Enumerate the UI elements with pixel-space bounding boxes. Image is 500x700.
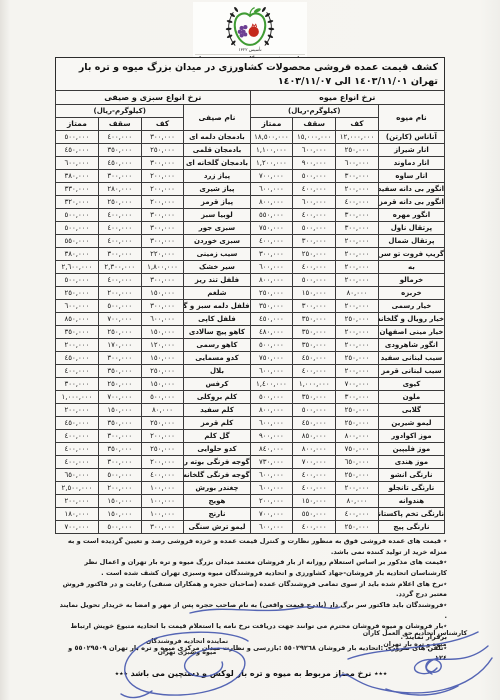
fruit-premium-cell: ٦٠٠,٠٠٠ <box>250 365 293 378</box>
fruit-premium-cell: ٧٣٠,٠٠٠ <box>250 456 293 469</box>
table-row: سیب لبنانی قرمز٢٠٠,٠٠٠٤٠٠,٠٠٠٦٠٠,٠٠٠بلال… <box>56 365 445 378</box>
table-row: موز اکوادور٨٠٠,٠٠٠٨٥٠,٠٠٠٩٠٠,٠٠٠گل کلم٢٠… <box>56 430 445 443</box>
veg-premium-cell: ٤٠٠,٠٠٠ <box>56 430 99 443</box>
veg-ceiling-cell: ٤٠٠,٠٠٠ <box>98 274 141 287</box>
table-row: آناناس (کارتن)١٢,٠٠٠,٠٠٠١٥,٠٠٠,٠٠٠١٨,٥٠٠… <box>56 131 445 144</box>
fruit-name-cell: موز اکوادور <box>378 430 444 443</box>
veg-floor-cell: ٥٠٠,٠٠٠ <box>141 391 184 404</box>
table-row: سیب لبنانی سفید٢٥٠,٠٠٠٤٥٠,٠٠٠٧٥٠,٠٠٠کدو … <box>56 352 445 365</box>
veg-ceiling-cell: ٤٥٠,٠٠٠ <box>98 157 141 170</box>
fruit-floor-cell: ٢٥٠,٠٠٠ <box>336 404 379 417</box>
right-signature-block: کارشناس اتحادیه حق العمل کاران میوه و تر… <box>340 628 490 651</box>
veg-floor-cell: ٣٠٠,٠٠٠ <box>141 300 184 313</box>
laurel-left-icon <box>226 6 239 45</box>
table-row: انگور شاهرودی٢٠٠,٠٠٠٣٥٠,٠٠٠٥٠٠,٠٠٠کاهو ر… <box>56 339 445 352</box>
fruit-premium-cell: ٦٠٠,٠٠٠ <box>250 469 293 482</box>
fruit-floor-cell: ٨٠,٠٠٠ <box>336 287 379 300</box>
veg-name-cell: هویج <box>184 495 250 508</box>
veg-name-cell: گوجه فرنگی بوته رس <box>184 456 250 469</box>
veg-premium-cell: ١٨٠,٠٠٠ <box>56 508 99 521</box>
veg-premium-cell: ١,٠٠٠,٠٠٠ <box>56 391 99 404</box>
fruit-ceiling-cell: ٣٥٠,٠٠٠ <box>293 326 336 339</box>
veg-name-cell: سبزی جور <box>184 222 250 235</box>
veg-ceiling-cell: ٤٠٠,٠٠٠ <box>98 209 141 222</box>
fruit-ceiling-cell: ٨٥٠,٠٠٠ <box>293 430 336 443</box>
veg-floor-cell: ٣٠٠,٠٠٠ <box>141 521 184 534</box>
veg-name-cell: سبزی خوردن <box>184 235 250 248</box>
fruit-name-cell: سیب لبنانی قرمز <box>378 365 444 378</box>
veg-ceiling-cell: ٢٥٠,٠٠٠ <box>98 326 141 339</box>
veg-floor-cell: ٨٠,٠٠٠ <box>141 404 184 417</box>
veg-ceiling-cell: ٤٠٠,٠٠٠ <box>98 235 141 248</box>
table-row: کیوی٧٠٠,٠٠٠١,٠٠٠,٠٠٠١,٤٠٠,٠٠٠کرفس١٥٠,٠٠٠… <box>56 378 445 391</box>
fruit-premium-cell: ٣٠٠,٠٠٠ <box>250 248 293 261</box>
fruit-premium-cell: ٦٠٠,٠٠٠ <box>250 183 293 196</box>
veg-floor-cell: ٢٥٠,٠٠٠ <box>141 365 184 378</box>
fruit-premium-cell: ٧٠٠,٠٠٠ <box>250 170 293 183</box>
fruit-name-cell: انگور شاهرودی <box>378 339 444 352</box>
fruit-name-cell: سیب لبنانی سفید <box>378 352 444 365</box>
fruit-ceiling-cell: ٧٠٠,٠٠٠ <box>293 456 336 469</box>
premium-note: ٭٭٭ نرخ ممتاز مربوط به میوه و تره بار لو… <box>55 669 447 678</box>
veg-premium-cell: ٣٨٠,٠٠٠ <box>56 248 99 261</box>
fruit-name-cell: نارنگی پیج <box>378 521 444 534</box>
table-row: نارنگی انشو٢٥٠,٠٠٠٤٠٠,٠٠٠٦٠٠,٠٠٠گوجه فرن… <box>56 469 445 482</box>
veg-premium-cell: ٢٠٠,٠٠٠ <box>56 339 99 352</box>
veg-floor-cell: ٢٥٠,٠٠٠ <box>141 417 184 430</box>
fruit-ceiling-cell: ٤٠٠,٠٠٠ <box>293 521 336 534</box>
veg-premium-cell: ٦٥٠,٠٠٠ <box>56 469 99 482</box>
fruit-ceiling-cell: ٣٠٠,٠٠٠ <box>293 235 336 248</box>
fruit-name-cell: انار دماوند <box>378 157 444 170</box>
fruit-floor-cell: ٢٠٠,٠٠٠ <box>336 274 379 287</box>
fruit-ceiling-cell: ٥٠٠,٠٠٠ <box>293 222 336 235</box>
fruit-premium-cell: ١,١٠٠,٠٠٠ <box>250 144 293 157</box>
fruit-name-cell: ملون <box>378 391 444 404</box>
fruit-ceiling-cell: ٤٠٠,٠٠٠ <box>293 183 336 196</box>
veg-floor-cell: ٣٠٠,٠٠٠ <box>141 157 184 170</box>
veg-floor-cell: ٢٢٠,٠٠٠ <box>141 248 184 261</box>
veg-ceiling-cell: ١٧٠,٠٠٠ <box>98 339 141 352</box>
fruit-floor-cell: ٢٠٠,٠٠٠ <box>336 183 379 196</box>
veg-premium-cell: ٤٠٠,٠٠٠ <box>56 443 99 456</box>
table-row: موز هندی٦٥٠,٠٠٠٧٠٠,٠٠٠٧٣٠,٠٠٠گوجه فرنگی … <box>56 456 445 469</box>
fruit-premium-cell: ٥٠٠,٠٠٠ <box>250 339 293 352</box>
table-row: نارنگی پیج٢٥٠,٠٠٠٤٠٠,٠٠٠٦٠٠,٠٠٠لیمو ترش … <box>56 521 445 534</box>
fruit-name-header: نام میوه <box>378 105 444 131</box>
veg-name-cell: لیمو ترش سنگی <box>184 521 250 534</box>
veg-ceiling-cell: ٣٠٠,٠٠٠ <box>98 430 141 443</box>
fruit-name-cell: گلابی <box>378 404 444 417</box>
veg-section-header: نرخ انواع سبزی و صیفی <box>56 91 251 105</box>
veg-ceiling-cell: ١٥٠,٠٠٠ <box>98 495 141 508</box>
wholesale-price-table: نرخ انواع میوه نرخ انواع سبزی و صیفی نام… <box>55 90 445 534</box>
fruit-floor-cell: ٢٥٠,٠٠٠ <box>336 352 379 365</box>
fruit-premium-cell: ٨٠٠,٠٠٠ <box>250 404 293 417</box>
veg-floor-cell: ٣٠٠,٠٠٠ <box>141 209 184 222</box>
fruit-floor-cell: ٢٠٠,٠٠٠ <box>336 261 379 274</box>
fruit-ceiling-cell: ٤٥٠,٠٠٠ <box>293 417 336 430</box>
table-row: خیار رسمی٢٠٠,٠٠٠٣٠٠,٠٠٠٣٥٠,٠٠٠فلفل دلمه … <box>56 300 445 313</box>
fruit-ceiling-cell: ١,٠٠٠,٠٠٠ <box>293 378 336 391</box>
fruit-floor-cell: ٣٠٠,٠٠٠ <box>336 170 379 183</box>
fruit-ceiling-cell: ٨٠٠,٠٠٠ <box>293 443 336 456</box>
fruit-floor-cell: ٢٠٠,٠٠٠ <box>336 235 379 248</box>
veg-premium-cell: ٤٠٠,٠٠٠ <box>56 456 99 469</box>
fruit-name-cell: خرمالو <box>378 274 444 287</box>
veg-ceiling-cell: ٢٥٠,٠٠٠ <box>98 196 141 209</box>
fruit-ceiling-cell: ٤٠٠,٠٠٠ <box>293 209 336 222</box>
fruit-floor-cell: ٤٠٠,٠٠٠ <box>336 196 379 209</box>
veg-floor-header: کف <box>141 118 184 131</box>
fruit-floor-cell: ٢٠٠,٠٠٠ <box>336 248 379 261</box>
veg-ceiling-cell: ٥٠٠,٠٠٠ <box>98 300 141 313</box>
fruit-premium-cell: ٧٥٠,٠٠٠ <box>250 352 293 365</box>
veg-premium-cell: ٣٢٠,٠٠٠ <box>56 196 99 209</box>
fruit-name-cell: خربزه <box>378 287 444 300</box>
veg-ceiling-cell: ٢,٣٠٠,٠٠٠ <box>98 261 141 274</box>
fruit-premium-cell: ٥٠٠,٠٠٠ <box>250 391 293 404</box>
fruit-premium-header: ممتاز <box>250 118 293 131</box>
veg-premium-cell: ٦٠٠,٠٠٠ <box>56 157 99 170</box>
veg-premium-cell: ٨٥٠,٠٠٠ <box>56 313 99 326</box>
fruit-ceiling-cell: ٤٥٠,٠٠٠ <box>293 352 336 365</box>
fruit-ceiling-cell: ١٥٠,٠٠٠ <box>293 495 336 508</box>
fruit-name-cell: گریپ فروت تو سرخ <box>378 248 444 261</box>
veg-premium-cell: ٢,٦٠٠,٠٠٠ <box>56 261 99 274</box>
veg-name-cell: لوبیا سبز <box>184 209 250 222</box>
veg-floor-cell: ٣٠٠,٠٠٠ <box>141 274 184 287</box>
fruit-premium-cell: ٦٠٠,٠٠٠ <box>250 521 293 534</box>
table-row: پرتقال شمال٢٠٠,٠٠٠٣٠٠,٠٠٠٤٠٠,٠٠٠سبزی خور… <box>56 235 445 248</box>
fruit-ceiling-cell: ٤٠٠,٠٠٠ <box>293 469 336 482</box>
veg-floor-cell: ١٥٠,٠٠٠ <box>141 352 184 365</box>
fruit-name-cell: نارنگی انشو <box>378 469 444 482</box>
fruit-name-cell: موز هندی <box>378 456 444 469</box>
fruit-name-cell: نارنگی تانجلو <box>378 482 444 495</box>
fruit-ceiling-cell: ٩٠٠,٠٠٠ <box>293 157 336 170</box>
veg-premium-cell: ٤٥٠,٠٠٠ <box>56 417 99 430</box>
veg-name-cell: کلم بروکلی <box>184 391 250 404</box>
veg-floor-cell: ٢٠٠,٠٠٠ <box>141 170 184 183</box>
fruit-name-cell: پرتقال ناول <box>378 222 444 235</box>
fruit-premium-cell: ٦٠٠,٠٠٠ <box>250 261 293 274</box>
veg-ceiling-cell: ٢٥٠,٠٠٠ <box>98 378 141 391</box>
fruit-floor-cell: ٢٠٠,٠٠٠ <box>336 339 379 352</box>
table-row: انار شیراز٢٥٠,٠٠٠٦٠٠,٠٠٠١,١٠٠,٠٠٠بادمجان… <box>56 144 445 157</box>
veg-premium-cell: ٣٨٠,٠٠٠ <box>56 170 99 183</box>
veg-name-cell: شلغم <box>184 287 250 300</box>
fruit-ceiling-header: سقف <box>293 118 336 131</box>
table-row: نارنگی تانجلو٢٠٠,٠٠٠٤٠٠,٠٠٠٦٠٠,٠٠٠چغندر … <box>56 482 445 495</box>
veg-ceiling-cell: ٥٠٠,٠٠٠ <box>98 521 141 534</box>
price-table-body: آناناس (کارتن)١٢,٠٠٠,٠٠٠١٥,٠٠٠,٠٠٠١٨,٥٠٠… <box>56 131 445 534</box>
fruit-floor-cell: ٦٥٠,٠٠٠ <box>336 456 379 469</box>
veg-ceiling-cell: ٣٠٠,٠٠٠ <box>98 456 141 469</box>
veg-name-cell: کدو مسمایی <box>184 352 250 365</box>
right-signature-subtitle: میوه و تره بار تهران <box>340 639 490 650</box>
fruit-premium-cell: ١,٢٠٠,٠٠٠ <box>250 157 293 170</box>
fruit-premium-cell: ٢٠٠,٠٠٠ <box>250 495 293 508</box>
table-row: هندوانه٨٠,٠٠٠١٥٠,٠٠٠٢٠٠,٠٠٠هویج١٠٠,٠٠٠١٥… <box>56 495 445 508</box>
veg-premium-cell: ٣٠٠,٠٠٠ <box>56 378 99 391</box>
table-row: انگور بی دانه سفید٢٠٠,٠٠٠٤٠٠,٠٠٠٦٠٠,٠٠٠پ… <box>56 183 445 196</box>
veg-floor-cell: ١٢٠,٠٠٠ <box>141 339 184 352</box>
veg-premium-cell: ٤٥٠,٠٠٠ <box>56 144 99 157</box>
fruit-premium-cell: ٨٠٠,٠٠٠ <box>250 196 293 209</box>
fruit-name-cell: خیار مینی اصفهان <box>378 326 444 339</box>
fruit-premium-cell: ٧٠٠,٠٠٠ <box>250 508 293 521</box>
veg-ceiling-cell: ٣٥٠,٠٠٠ <box>98 365 141 378</box>
fruit-ceiling-cell: ٣٥٠,٠٠٠ <box>293 339 336 352</box>
fruit-name-cell: کیوی <box>378 378 444 391</box>
veg-floor-cell: ٣٠٠,٠٠٠ <box>141 131 184 144</box>
veg-premium-cell: ٥٠٠,٠٠٠ <box>56 131 99 144</box>
fruit-floor-cell: ٣٠٠,٠٠٠ <box>336 222 379 235</box>
fruit-ceiling-cell: ٣٥٠,٠٠٠ <box>293 391 336 404</box>
veg-premium-cell: ٥٠٠,٠٠٠ <box>56 274 99 287</box>
fruit-premium-cell: ٥٥٠,٠٠٠ <box>250 209 293 222</box>
fruit-floor-cell: ٢٠٠,٠٠٠ <box>336 482 379 495</box>
fruit-ceiling-cell: ٦٠٠,٠٠٠ <box>293 196 336 209</box>
fruit-ceiling-cell: ٤٠٠,٠٠٠ <box>293 261 336 274</box>
fruit-premium-cell: ٣٥٠,٠٠٠ <box>250 300 293 313</box>
veg-floor-cell: ٣٠٠,٠٠٠ <box>141 235 184 248</box>
fruit-ceiling-cell: ٤٠٠,٠٠٠ <box>293 365 336 378</box>
veg-name-cell: کاهو پیچ سالادی <box>184 326 250 339</box>
fruit-ceiling-cell: ٥٠٠,٠٠٠ <box>293 170 336 183</box>
veg-floor-cell: ١٠٠,٠٠٠ <box>141 482 184 495</box>
fruit-name-cell: پرتقال شمال <box>378 235 444 248</box>
veg-premium-cell: ٢٠٠,٠٠٠ <box>56 495 99 508</box>
veg-ceiling-cell: ٢٠٠,٠٠٠ <box>98 287 141 300</box>
veg-floor-cell: ٢٠٠,٠٠٠ <box>141 196 184 209</box>
veg-ceiling-cell: ٣٠٠,٠٠٠ <box>98 170 141 183</box>
veg-ceiling-cell: ٢٠٠,٠٠٠ <box>98 482 141 495</box>
fruit-floor-header: کف <box>336 118 379 131</box>
table-row: پرتقال ناول٣٠٠,٠٠٠٥٠٠,٠٠٠٧٥٠,٠٠٠سبزی جور… <box>56 222 445 235</box>
fruit-unit-header: (کیلوگرم-ریال) <box>250 105 378 118</box>
veg-floor-cell: ٦٠٠,٠٠٠ <box>141 313 184 326</box>
fruit-premium-cell: ١٨,٥٠٠,٠٠٠ <box>250 131 293 144</box>
unit-header-row: نام میوه (کیلوگرم-ریال) نام صیفی (کیلوگر… <box>56 105 445 118</box>
veg-name-cell: نارنج <box>184 508 250 521</box>
veg-name-cell: بادمجان گلخانه ای <box>184 157 250 170</box>
veg-ceiling-cell: ٧٠٠,٠٠٠ <box>98 391 141 404</box>
left-signature-title: نماینده اتحادیه فروشندگان <box>112 636 262 647</box>
table-row: خیار مینی اصفهان٢٠٠,٠٠٠٣٥٠,٠٠٠٤٨٠,٠٠٠کاه… <box>56 326 445 339</box>
fruit-floor-cell: ٣٠٠,٠٠٠ <box>336 209 379 222</box>
fruit-ceiling-cell: ٣٠٠,٠٠٠ <box>293 300 336 313</box>
veg-floor-cell: ١٥٠,٠٠٠ <box>141 326 184 339</box>
fruit-floor-cell: ٢٥٠,٠٠٠ <box>336 469 379 482</box>
veg-ceiling-header: سقف <box>98 118 141 131</box>
veg-name-cell: فلفل دلمه سبز و گلخانه <box>184 300 250 313</box>
fruit-name-cell: خیار رسمی <box>378 300 444 313</box>
fruit-name-cell: نارنگی تخم پاکستانی <box>378 508 444 521</box>
veg-floor-cell: ٢٠٠,٠٠٠ <box>141 183 184 196</box>
fruit-floor-cell: ٧٠٠,٠٠٠ <box>336 378 379 391</box>
veg-ceiling-cell: ٢٨٠,٠٠٠ <box>98 183 141 196</box>
veg-ceiling-cell: ٤٠٠,٠٠٠ <box>98 222 141 235</box>
fruit-ceiling-cell: ٤٠٠,٠٠٠ <box>293 482 336 495</box>
table-row: خرمالو٢٠٠,٠٠٠٥٠٠,٠٠٠٨٠٠,٠٠٠فلفل تند ریز٣… <box>56 274 445 287</box>
veg-floor-cell: ٢٥٠,٠٠٠ <box>141 443 184 456</box>
veg-floor-cell: ١,٨٠٠,٠٠٠ <box>141 261 184 274</box>
fruit-premium-cell: ٩٠٠,٠٠٠ <box>250 430 293 443</box>
veg-ceiling-cell: ٣٥٠,٠٠٠ <box>98 417 141 430</box>
fruit-floor-cell: ٧٥٠,٠٠٠ <box>336 443 379 456</box>
veg-ceiling-cell: ٣٠٠,٠٠٠ <box>98 248 141 261</box>
fruit-premium-cell: ١,٤٠٠,٠٠٠ <box>250 378 293 391</box>
fruit-premium-cell: ٨٤٠,٠٠٠ <box>250 443 293 456</box>
fruit-floor-cell: ٤٠٠,٠٠٠ <box>336 508 379 521</box>
fruit-floor-cell: ٢٥٠,٠٠٠ <box>336 144 379 157</box>
veg-floor-cell: ٢٥٠,٠٠٠ <box>141 144 184 157</box>
fruit-premium-cell: ٤٥٠,٠٠٠ <box>250 313 293 326</box>
veg-name-cell: پیاز زرد <box>184 170 250 183</box>
table-row: ملون٣٠٠,٠٠٠٣٥٠,٠٠٠٥٠٠,٠٠٠کلم بروکلی٥٠٠,٠… <box>56 391 445 404</box>
fruit-premium-cell: ٤٠٠,٠٠٠ <box>250 235 293 248</box>
veg-name-cell: سیر خشک <box>184 261 250 274</box>
veg-premium-cell: ٢٥٠,٠٠٠ <box>56 287 99 300</box>
grapes-icon <box>238 25 248 38</box>
fruit-floor-cell: ٦٠٠,٠٠٠ <box>336 157 379 170</box>
footnote: ٭نرخ های اعلام شده باید از سوی تمامی فرو… <box>55 579 447 600</box>
veg-name-cell: بلال <box>184 365 250 378</box>
veg-name-cell: کرفس <box>184 378 250 391</box>
veg-premium-cell: ٥٠٠,٠٠٠ <box>56 222 99 235</box>
table-row: انار ساوه٣٠٠,٠٠٠٥٠٠,٠٠٠٧٠٠,٠٠٠پیاز زرد٢٠… <box>56 170 445 183</box>
fruit-name-cell: انگور بی دانه قرمز <box>378 196 444 209</box>
fruit-name-cell: خیار رویال و گلخانه ای <box>378 313 444 326</box>
fruit-section-header: نرخ انواع میوه <box>250 91 444 105</box>
fruit-floor-cell: ٢٥٠,٠٠٠ <box>336 417 379 430</box>
veg-ceiling-cell: ١٥٠,٠٠٠ <box>98 404 141 417</box>
veg-ceiling-cell: ٥٠٠,٠٠٠ <box>98 469 141 482</box>
veg-name-cell: سیب زمینی <box>184 248 250 261</box>
fruit-floor-cell: ٨٠٠,٠٠٠ <box>336 430 379 443</box>
veg-name-cell: کلم قرمز <box>184 417 250 430</box>
fruit-floor-cell: ٢٠٠,٠٠٠ <box>336 365 379 378</box>
veg-premium-cell: ٣٥٠,٠٠٠ <box>56 326 99 339</box>
fruit-name-cell: انگور مهره <box>378 209 444 222</box>
fruit-ceiling-cell: ٦٠٠,٠٠٠ <box>293 144 336 157</box>
veg-premium-cell: ٢٠٠,٠٠٠ <box>56 404 99 417</box>
veg-ceiling-cell: ٣٠٠,٠٠٠ <box>98 352 141 365</box>
table-row: گلابی٢٥٠,٠٠٠٥٠٠,٠٠٠٨٠٠,٠٠٠کلم سفید٨٠,٠٠٠… <box>56 404 445 417</box>
veg-ceiling-cell: ٧٠٠,٠٠٠ <box>98 313 141 326</box>
veg-floor-cell: ٢٠٠,٠٠٠ <box>141 430 184 443</box>
fruit-floor-cell: ٢٥٠,٠٠٠ <box>336 521 379 534</box>
footnote: ٭قیمت های مذکور بر اساس استعلام روزانه ا… <box>55 557 447 578</box>
document-title-box: کشف قیمت عمده فروشی محصولات کشاورزی در م… <box>55 57 445 94</box>
fruit-floor-cell: ٢٥٠,٠٠٠ <box>336 313 379 326</box>
logo-established-text: تأسیس ١٣٢٢ <box>238 46 262 53</box>
table-row: موز فلیپین٧٥٠,٠٠٠٨٠٠,٠٠٠٨٤٠,٠٠٠کدو حلوای… <box>56 443 445 456</box>
fruit-floor-cell: ٢٠٠,٠٠٠ <box>336 300 379 313</box>
veg-name-cell: گوجه فرنگی گلخانه <box>184 469 250 482</box>
veg-name-header: نام صیفی <box>184 105 250 131</box>
union-logo: تأسیس ١٣٢٢ اتحادیه صنف فروشندگان میوه و … <box>193 2 307 64</box>
veg-floor-cell: ١٠٠,٠٠٠ <box>141 495 184 508</box>
veg-name-cell: چغندر بورش <box>184 482 250 495</box>
veg-floor-cell: ٤٠٠,٠٠٠ <box>141 469 184 482</box>
table-row: به٢٠٠,٠٠٠٤٠٠,٠٠٠٦٠٠,٠٠٠سیر خشک١,٨٠٠,٠٠٠٢… <box>56 261 445 274</box>
fruit-floor-cell: ٣٠٠,٠٠٠ <box>336 391 379 404</box>
fruit-ceiling-cell: ٥٥٠,٠٠٠ <box>293 508 336 521</box>
veg-premium-cell: ٣٣٠,٠٠٠ <box>56 183 99 196</box>
document-title: کشف قیمت عمده فروشی محصولات کشاورزی در م… <box>62 61 438 89</box>
fruit-floor-cell: ١٢,٠٠٠,٠٠٠ <box>336 131 379 144</box>
fruit-ceiling-cell: ٥٠٠,٠٠٠ <box>293 404 336 417</box>
fruit-floor-cell: ٢٠٠,٠٠٠ <box>336 326 379 339</box>
table-row: خربزه٨٠,٠٠٠١٥٠,٠٠٠٢٥٠,٠٠٠شلغم١٥٠,٠٠٠٢٠٠,… <box>56 287 445 300</box>
fruit-name-cell: موز فلیپین <box>378 443 444 456</box>
veg-name-cell: بادمجان قلمی <box>184 144 250 157</box>
veg-name-cell: کدو حلوایی <box>184 443 250 456</box>
veg-name-cell: پیاز قرمز <box>184 196 250 209</box>
fruit-name-cell: انگور بی دانه سفید <box>378 183 444 196</box>
pomegranate-icon <box>249 24 259 37</box>
veg-floor-cell: ٢٠٠,٠٠٠ <box>141 456 184 469</box>
veg-premium-cell: ٥٥٠,٠٠٠ <box>56 235 99 248</box>
footnote: ٭فروشندگان باید فاکتور سر برگ دار (بادرج… <box>55 600 447 621</box>
veg-name-cell: پیاز شیری <box>184 183 250 196</box>
fruit-name-cell: انار شیراز <box>378 144 444 157</box>
left-signature-subtitle: میوه وسبزی تهران <box>112 647 262 658</box>
veg-premium-cell: ٧٠٠,٠٠٠ <box>56 521 99 534</box>
scanned-price-sheet: تأسیس ١٣٢٢ اتحادیه صنف فروشندگان میوه و … <box>0 0 500 700</box>
veg-ceiling-cell: ٣٥٠,٠٠٠ <box>98 144 141 157</box>
veg-premium-cell: ٤٥٠,٠٠٠ <box>56 352 99 365</box>
veg-name-cell: گل کلم <box>184 430 250 443</box>
veg-premium-cell: ٥٠٠,٠٠٠ <box>56 209 99 222</box>
fruit-premium-cell: ٨٠٠,٠٠٠ <box>250 274 293 287</box>
veg-premium-header: ممتاز <box>56 118 99 131</box>
section-header-row: نرخ انواع میوه نرخ انواع سبزی و صیفی <box>56 91 445 105</box>
table-row: گریپ فروت تو سرخ٢٠٠,٠٠٠٢٥٠,٠٠٠٣٠٠,٠٠٠سیب… <box>56 248 445 261</box>
table-row: انار دماوند٦٠٠,٠٠٠٩٠٠,٠٠٠١,٢٠٠,٠٠٠بادمجا… <box>56 157 445 170</box>
table-row: نارنگی تخم پاکستانی٤٠٠,٠٠٠٥٥٠,٠٠٠٧٠٠,٠٠٠… <box>56 508 445 521</box>
right-signature-title: کارشناس اتحادیه حق العمل کاران <box>340 628 490 639</box>
footnote: ٭ قیمت های عمده فروشی فوق به منظور نظارت… <box>55 536 447 557</box>
veg-name-cell: فلفل تند ریز <box>184 274 250 287</box>
veg-floor-cell: ٣٠٠,٠٠٠ <box>141 222 184 235</box>
fruit-name-cell: هندوانه <box>378 495 444 508</box>
fruit-premium-cell: ٧٥٠,٠٠٠ <box>250 222 293 235</box>
table-row: انگور بی دانه قرمز٤٠٠,٠٠٠٦٠٠,٠٠٠٨٠٠,٠٠٠پ… <box>56 196 445 209</box>
veg-name-cell: کاهو رسمی <box>184 339 250 352</box>
fruit-ceiling-cell: ٢٥٠,٠٠٠ <box>293 248 336 261</box>
fruit-premium-cell: ٢٥٠,٠٠٠ <box>250 287 293 300</box>
fruit-premium-cell: ٦٠٠,٠٠٠ <box>250 417 293 430</box>
fruit-name-cell: انار ساوه <box>378 170 444 183</box>
fruit-ceiling-cell: ١٥,٠٠٠,٠٠٠ <box>293 131 336 144</box>
veg-ceiling-cell: ٤٠٠,٠٠٠ <box>98 131 141 144</box>
fruit-premium-cell: ٦٠٠,٠٠٠ <box>250 482 293 495</box>
veg-unit-header: (کیلوگرم-ریال) <box>56 105 184 118</box>
table-row: انگور مهره٣٠٠,٠٠٠٤٠٠,٠٠٠٥٥٠,٠٠٠لوبیا سبز… <box>56 209 445 222</box>
veg-ceiling-cell: ٣٥٠,٠٠٠ <box>98 443 141 456</box>
veg-name-cell: فلفل کاپی <box>184 313 250 326</box>
fruit-floor-cell: ٨٠,٠٠٠ <box>336 495 379 508</box>
table-row: لیمو شیرین٢٥٠,٠٠٠٤٥٠,٠٠٠٦٠٠,٠٠٠کلم قرمز٢… <box>56 417 445 430</box>
table-row: خیار رویال و گلخانه ای٢٥٠,٠٠٠٣٥٠,٠٠٠٤٥٠,… <box>56 313 445 326</box>
veg-floor-cell: ١٠٠,٠٠٠ <box>141 508 184 521</box>
veg-floor-cell: ١٥٠,٠٠٠ <box>141 287 184 300</box>
veg-name-cell: کلم سفید <box>184 404 250 417</box>
